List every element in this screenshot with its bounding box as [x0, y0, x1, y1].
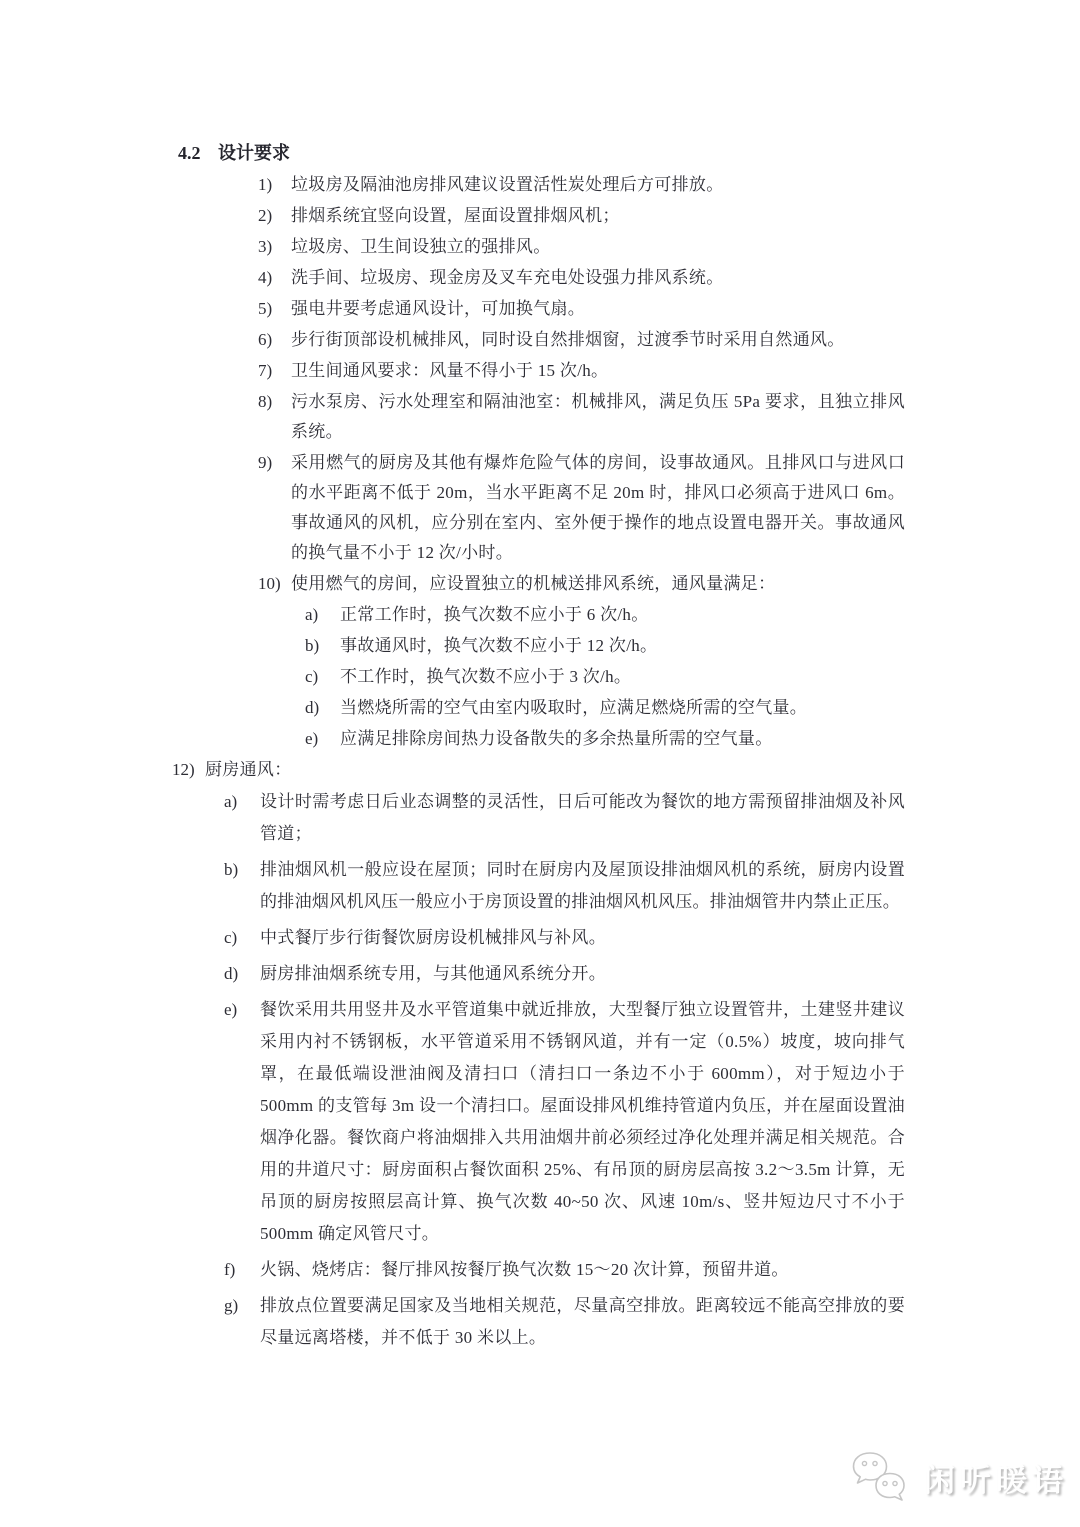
- watermark-text: 闲听暖语: [924, 1465, 1068, 1496]
- list-item-10d-text: 当燃烧所需的空气由室内吸取时，应满足燃烧所需的空气量。: [340, 693, 905, 723]
- list-item-6-text: 步行街顶部设机械排风，同时设自然排烟窗，过渡季节时采用自然通风。: [291, 325, 905, 355]
- list-item-10a: a) 正常工作时，换气次数不应小于 6 次/h。: [305, 600, 905, 630]
- list-item-7-label: 7): [258, 356, 291, 386]
- list-item-4-text: 洗手间、垃圾房、现金房及叉车充电处设强力排风系统。: [291, 263, 905, 293]
- list-item-5: 5) 强电井要考虑通风设计，可加换气扇。: [258, 294, 905, 324]
- list-item-12d: d) 厨房排油烟系统专用，与其他通风系统分开。: [224, 958, 905, 990]
- list-item-10d-label: d): [305, 693, 340, 723]
- list-item-12a-label: a): [224, 786, 260, 850]
- list-item-12g: g) 排放点位置要满足国家及当地相关规范，尽量高空排放。距离较远不能高空排放的要…: [224, 1290, 905, 1354]
- list-item-10a-label: a): [305, 600, 340, 630]
- list-item-4: 4) 洗手间、垃圾房、现金房及叉车充电处设强力排风系统。: [258, 263, 905, 293]
- list-item-10b-label: b): [305, 631, 340, 661]
- list-item-9-text: 采用燃气的厨房及其他有爆炸危险气体的房间，设事故通风。且排风口与进风口的水平距离…: [291, 448, 905, 568]
- list-item-4-label: 4): [258, 263, 291, 293]
- list-item-10a-text: 正常工作时，换气次数不应小于 6 次/h。: [340, 600, 905, 630]
- list-item-12c-label: c): [224, 922, 260, 954]
- list-item-12f-text: 火锅、烧烤店：餐厅排风按餐厅换气次数 15～20 次计算，预留井道。: [260, 1254, 905, 1286]
- list-item-10d: d) 当燃烧所需的空气由室内吸取时，应满足燃烧所需的空气量。: [305, 693, 905, 723]
- list-item-8: 8) 污水泵房、污水处理室和隔油池室：机械排风，满足负压 5Pa 要求，且独立排…: [258, 387, 905, 447]
- list-item-8-text: 污水泵房、污水处理室和隔油池室：机械排风，满足负压 5Pa 要求，且独立排风系统…: [291, 387, 905, 447]
- section-title: 设计要求: [218, 138, 290, 168]
- list-item-10e: e) 应满足排除房间热力设备散失的多余热量所需的空气量。: [305, 724, 905, 754]
- section-heading: 4.2 设计要求: [178, 138, 905, 168]
- list-item-12e: e) 餐饮采用共用竖井及水平管道集中就近排放，大型餐厅独立设置管井，土建竖井建议…: [224, 994, 905, 1250]
- document-page: 4.2 设计要求 1) 垃圾房及隔油池房排风建议设置活性炭处理后方可排放。 2)…: [0, 0, 1080, 1527]
- list-item-6: 6) 步行街顶部设机械排风，同时设自然排烟窗，过渡季节时采用自然通风。: [258, 325, 905, 355]
- watermark: 闲听暖语: [850, 1450, 1068, 1511]
- list-item-10e-text: 应满足排除房间热力设备散失的多余热量所需的空气量。: [340, 724, 905, 754]
- list-item-9-label: 9): [258, 448, 291, 568]
- list-item-5-text: 强电井要考虑通风设计，可加换气扇。: [291, 294, 905, 324]
- list-item-10-text: 使用燃气的房间，应设置独立的机械送排风系统，通风量满足：: [291, 569, 905, 599]
- list-item-6-label: 6): [258, 325, 291, 355]
- list-item-12g-text: 排放点位置要满足国家及当地相关规范，尽量高空排放。距离较远不能高空排放的要尽量远…: [260, 1290, 905, 1354]
- list-item-12a: a) 设计时需考虑日后业态调整的灵活性，日后可能改为餐饮的地方需预留排油烟及补风…: [224, 786, 905, 850]
- list-item-2-label: 2): [258, 201, 291, 231]
- list-item-12c: c) 中式餐厅步行街餐饮厨房设机械排风与补风。: [224, 922, 905, 954]
- list-item-10-label: 10): [258, 569, 291, 599]
- list-item-12d-text: 厨房排油烟系统专用，与其他通风系统分开。: [260, 958, 905, 990]
- list-item-12b-text: 排油烟风机一般应设在屋顶；同时在厨房内及屋顶设排油烟风机的系统，厨房内设置的排油…: [260, 854, 905, 918]
- list-item-2: 2) 排烟系统宜竖向设置，屋面设置排烟风机；: [258, 201, 905, 231]
- section-number: 4.2: [178, 138, 218, 168]
- list-item-9: 9) 采用燃气的厨房及其他有爆炸危险气体的房间，设事故通风。且排风口与进风口的水…: [258, 448, 905, 568]
- list-item-12d-label: d): [224, 958, 260, 990]
- list-item-12-label: 12): [172, 755, 205, 785]
- list-item-1-label: 1): [258, 170, 291, 200]
- list-item-12b-label: b): [224, 854, 260, 918]
- list-item-10c-label: c): [305, 662, 340, 692]
- list-item-5-label: 5): [258, 294, 291, 324]
- document-content: 4.2 设计要求 1) 垃圾房及隔油池房排风建议设置活性炭处理后方可排放。 2)…: [178, 138, 905, 1358]
- list-item-12c-text: 中式餐厅步行街餐饮厨房设机械排风与补风。: [260, 922, 905, 954]
- list-item-7-text: 卫生间通风要求：风量不得小于 15 次/h。: [291, 356, 905, 386]
- wechat-chat-bubbles-icon: [850, 1450, 912, 1511]
- list-item-8-label: 8): [258, 387, 291, 447]
- list-item-10: 10) 使用燃气的房间，应设置独立的机械送排风系统，通风量满足：: [258, 569, 905, 599]
- list-item-7: 7) 卫生间通风要求：风量不得小于 15 次/h。: [258, 356, 905, 386]
- list-item-10e-label: e): [305, 724, 340, 754]
- list-item-3: 3) 垃圾房、卫生间设独立的强排风。: [258, 232, 905, 262]
- list-item-12g-label: g): [224, 1290, 260, 1354]
- list-item-3-text: 垃圾房、卫生间设独立的强排风。: [291, 232, 905, 262]
- list-item-1-text: 垃圾房及隔油池房排风建议设置活性炭处理后方可排放。: [291, 170, 905, 200]
- list-item-10c: c) 不工作时，换气次数不应小于 3 次/h。: [305, 662, 905, 692]
- list-item-10b: b) 事故通风时，换气次数不应小于 12 次/h。: [305, 631, 905, 661]
- list-item-10b-text: 事故通风时，换气次数不应小于 12 次/h。: [340, 631, 905, 661]
- list-item-12e-text: 餐饮采用共用竖井及水平管道集中就近排放，大型餐厅独立设置管井，土建竖井建议采用内…: [260, 994, 905, 1250]
- list-item-3-label: 3): [258, 232, 291, 262]
- list-item-12a-text: 设计时需考虑日后业态调整的灵活性，日后可能改为餐饮的地方需预留排油烟及补风管道；: [260, 786, 905, 850]
- list-item-12f: f) 火锅、烧烤店：餐厅排风按餐厅换气次数 15～20 次计算，预留井道。: [224, 1254, 905, 1286]
- list-item-1: 1) 垃圾房及隔油池房排风建议设置活性炭处理后方可排放。: [258, 170, 905, 200]
- list-item-12-text: 厨房通风：: [205, 755, 905, 785]
- list-item-12f-label: f): [224, 1254, 260, 1286]
- list-item-2-text: 排烟系统宜竖向设置，屋面设置排烟风机；: [291, 201, 905, 231]
- list-item-12: 12) 厨房通风：: [172, 755, 905, 785]
- list-item-10c-text: 不工作时，换气次数不应小于 3 次/h。: [340, 662, 905, 692]
- list-item-12e-label: e): [224, 994, 260, 1250]
- list-item-12b: b) 排油烟风机一般应设在屋顶；同时在厨房内及屋顶设排油烟风机的系统，厨房内设置…: [224, 854, 905, 918]
